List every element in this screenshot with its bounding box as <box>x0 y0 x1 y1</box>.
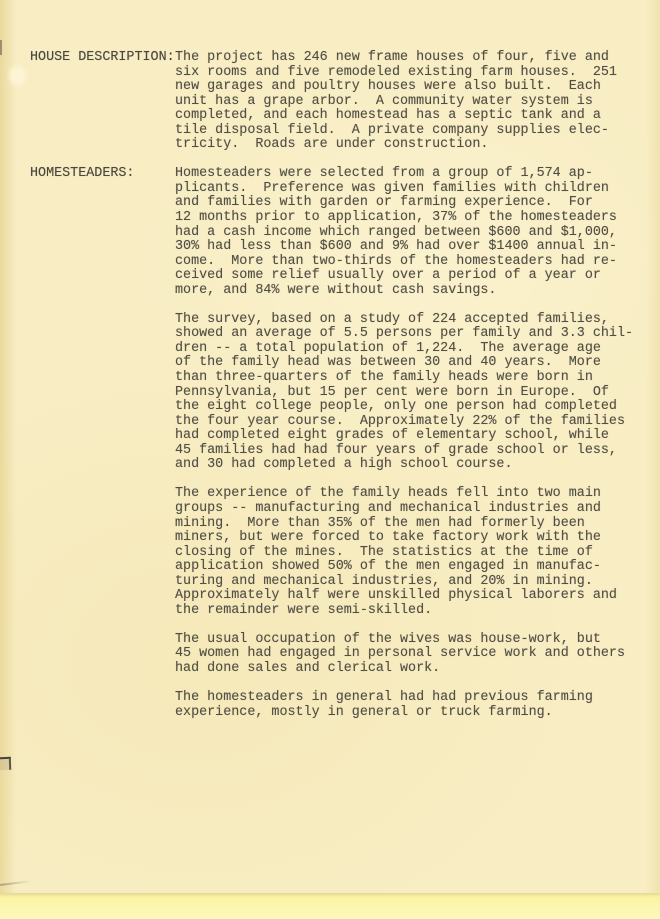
section-homesteaders: HOMESTEADERS: Homesteaders were selected… <box>0 167 660 734</box>
section-house-description: HOUSE DESCRIPTION: The project has 246 n… <box>0 51 660 167</box>
document-content: HOUSE DESCRIPTION: The project has 246 n… <box>0 51 660 735</box>
page-bottom-edge <box>0 893 660 919</box>
paragraph: The homesteaders in general had had prev… <box>175 691 660 720</box>
paragraph: The usual occupation of the wives was ho… <box>175 633 660 677</box>
section-label-house-description: HOUSE DESCRIPTION: <box>30 51 175 167</box>
section-label-homesteaders: HOMESTEADERS: <box>30 167 175 734</box>
section-body-homesteaders: Homesteaders were selected from a group … <box>175 167 660 734</box>
paragraph: The experience of the family heads fell … <box>175 487 660 618</box>
margin-ink-mark <box>0 757 11 770</box>
paragraph: The survey, based on a study of 224 acce… <box>175 313 660 473</box>
paragraph: The project has 246 new frame houses of … <box>175 51 660 153</box>
document-page: HOUSE DESCRIPTION: The project has 246 n… <box>0 0 660 919</box>
section-body-house-description: The project has 246 new frame houses of … <box>175 51 660 167</box>
paragraph: Homesteaders were selected from a group … <box>175 167 660 298</box>
pencil-stroke-mark <box>0 880 32 886</box>
